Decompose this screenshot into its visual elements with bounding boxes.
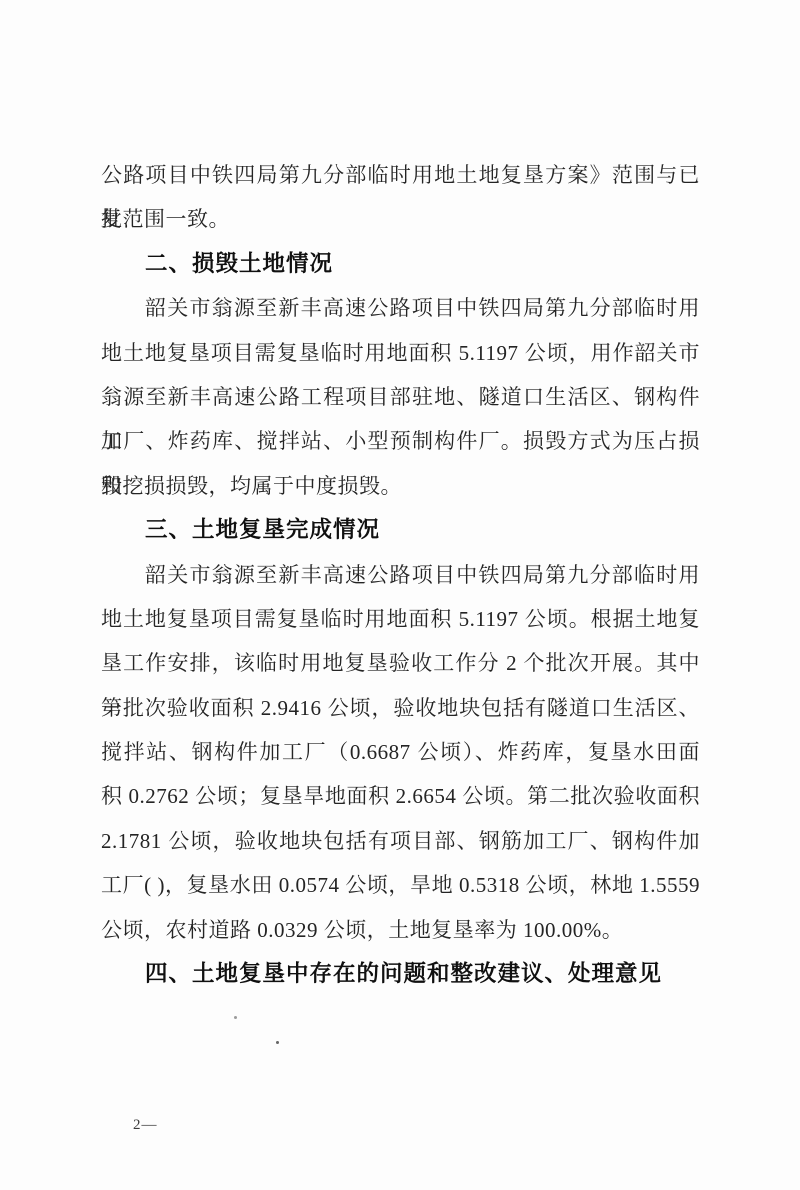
section-heading: 二、损毁土地情况 [101,242,700,286]
document-body: 公路项目中铁四局第九分部临时用地土地复垦方案》范围与已批复范围一致。二、损毁土地… [101,153,700,996]
text-line: 工厂、炸药库、搅拌站、小型预制构件厂。损毁方式为压占损毁 [101,419,700,463]
text-line: 地土地复垦项目需复垦临时用地面积 5.1197 公顷，用作韶关市 [101,331,700,375]
text-line: 韶关市翁源至新丰高速公路项目中铁四局第九分部临时用 [101,553,700,597]
text-line: 公路项目中铁四局第九分部临时用地土地复垦方案》范围与已批 [101,153,700,197]
text-line: 一批次验收面积 2.9416 公顷，验收地块包括有隧道口生活区、 [101,686,700,730]
text-line: 工厂( )，复垦水田 0.0574 公顷，旱地 0.5318 公顷，林地 1.5… [101,863,700,907]
text-line: 翁源至新丰高速公路工程项目部驻地、隧道口生活区、钢构件加 [101,375,700,419]
section-heading: 四、土地复垦中存在的问题和整改建议、处理意见 [101,952,700,996]
scan-artifact-dot [234,1016,237,1019]
text-line: 公顷，农村道路 0.0329 公顷，土地复垦率为 100.00%。 [101,908,700,952]
text-line: 垦工作安排，该临时用地复垦验收工作分 2 个批次开展。其中第 [101,641,700,685]
text-line: 2.1781 公顷，验收地块包括有项目部、钢筋加工厂、钢构件加 [101,819,700,863]
text-line: 和挖损损毁，均属于中度损毁。 [101,464,700,508]
document-page: 公路项目中铁四局第九分部临时用地土地复垦方案》范围与已批复范围一致。二、损毁土地… [0,0,800,1190]
page-number: 2— [133,1117,158,1134]
text-line: 复范围一致。 [101,197,700,241]
text-line: 韶关市翁源至新丰高速公路项目中铁四局第九分部临时用 [101,286,700,330]
text-line: 地土地复垦项目需复垦临时用地面积 5.1197 公顷。根据土地复 [101,597,700,641]
text-line: 积 0.2762 公顷；复垦旱地面积 2.6654 公顷。第二批次验收面积 [101,774,700,818]
scan-artifact-dot [276,1041,279,1044]
text-line: 搅拌站、钢构件加工厂（0.6687 公顷）、炸药库，复垦水田面 [101,730,700,774]
section-heading: 三、土地复垦完成情况 [101,508,700,552]
